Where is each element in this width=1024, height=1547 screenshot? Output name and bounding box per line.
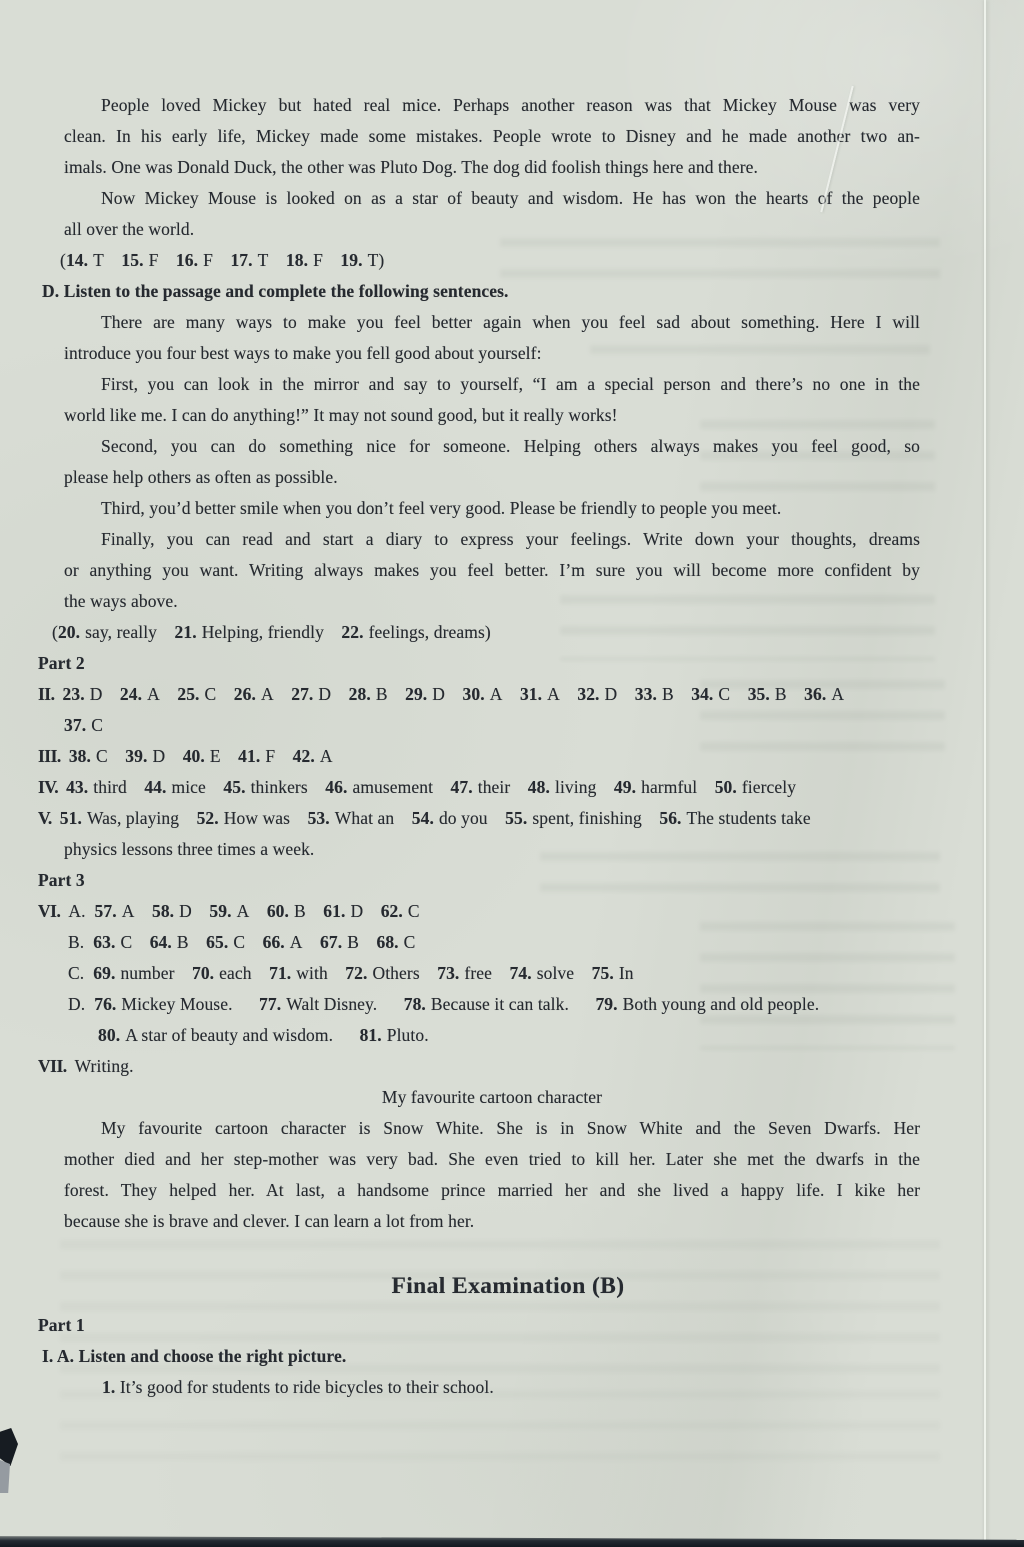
answer-number: 38.	[69, 746, 91, 766]
answer-token: 76.Mickey Mouse.	[94, 994, 232, 1014]
answer-token: 62.C	[381, 901, 420, 921]
answer-token: 15.F	[121, 250, 158, 270]
roman-numeral-ii: II.	[38, 684, 55, 704]
answer-number: 18.	[286, 250, 308, 270]
answer-token: 57.A	[95, 901, 135, 921]
answer-value: A	[490, 684, 503, 704]
answer-token: 23.D	[63, 684, 103, 704]
answer-value: harmful	[641, 777, 697, 797]
answer-value: amusement	[352, 777, 433, 797]
answer-token: 47.their	[451, 777, 511, 797]
passage-line: or anything you want. Writing always mak…	[64, 555, 920, 586]
answer-value: F	[149, 250, 159, 270]
sub-letter: D.	[68, 994, 85, 1014]
roman-numeral-iii: III.	[38, 746, 61, 766]
answer-token: 53.What an	[308, 808, 395, 828]
answer-number: 75.	[592, 963, 614, 983]
answer-token: 34.C	[691, 684, 730, 704]
answer-token: 37.C	[64, 715, 103, 735]
answer-token: 25.C	[177, 684, 216, 704]
answer-number: 15.	[121, 250, 143, 270]
answer-token: 24.A	[120, 684, 160, 704]
essay-line: because she is brave and clever. I can l…	[64, 1206, 920, 1237]
answer-token: 41.F	[238, 746, 275, 766]
answer-value: living	[555, 777, 596, 797]
answer-number: 73.	[437, 963, 459, 983]
answer-value: A	[147, 684, 160, 704]
answer-token: 59.A	[209, 901, 249, 921]
answer-number: 25.	[177, 684, 199, 704]
answer-number: 62.	[381, 901, 403, 921]
answer-value: C	[96, 746, 108, 766]
answer-number: 27.	[291, 684, 313, 704]
answer-token: 40.E	[183, 746, 221, 766]
answer-value: E	[210, 746, 221, 766]
essay-line: mother died and her step-mother was very…	[64, 1144, 920, 1175]
passage-line: First, you can look in the mirror and sa…	[64, 369, 920, 400]
answer-value: B	[376, 684, 388, 704]
page-corner-mark	[0, 1428, 18, 1466]
answer-number: 34.	[691, 684, 713, 704]
answer-value: third	[93, 777, 127, 797]
answer-value: with	[296, 963, 328, 983]
answer-token: 72.Others	[345, 963, 419, 983]
sub-letter: C.	[68, 963, 84, 983]
answer-token: 33.B	[635, 684, 674, 704]
answer-number: 33.	[635, 684, 657, 704]
answer-token: 70.each	[192, 963, 252, 983]
passage-line: please help others as often as possible.	[64, 462, 920, 493]
page-corner-mark	[0, 1460, 10, 1493]
answer-value: C	[91, 715, 103, 735]
answer-number: 23.	[63, 684, 85, 704]
answer-number: 48.	[528, 777, 550, 797]
answer-value: A	[237, 901, 250, 921]
answer-value: T	[258, 250, 269, 270]
answer-line-section-6a: VI.A.57.A 58.D 59.A 60.B 61.D 62.C	[38, 896, 920, 927]
answer-token: 32.D	[577, 684, 617, 704]
answer-value: number	[120, 963, 174, 983]
roman-numeral-vii: VII.	[38, 1056, 67, 1076]
answer-line-section-6c: C.69.number 70.each 71.with 72.Others 73…	[68, 958, 920, 989]
section-d-heading: D. Listen to the passage and complete th…	[42, 276, 920, 307]
answer-token: 66.A	[263, 932, 303, 952]
answer-token: 14.T	[66, 250, 104, 270]
answer-token: 69.number	[93, 963, 174, 983]
essay-line: forest. They helped her. At last, a hand…	[64, 1175, 920, 1206]
answer-token: 19.T	[340, 250, 378, 270]
answer-number: 46.	[325, 777, 347, 797]
paper-crease	[984, 0, 986, 1547]
answer-value: In	[619, 963, 634, 983]
section-1a-heading: I. A. Listen and choose the right pictur…	[42, 1341, 920, 1372]
part-2-label: Part 2	[38, 648, 920, 679]
paren-close: )	[378, 250, 384, 270]
answer-number: 80.	[98, 1025, 120, 1045]
answer-number: 68.	[376, 932, 398, 952]
answer-token: 67.B	[320, 932, 359, 952]
answer-value: F	[313, 250, 323, 270]
answer-value: B	[177, 932, 189, 952]
answer-value: Pluto.	[387, 1025, 429, 1045]
answer-line-section-3: III.38.C 39.D 40.E 41.F 42.A	[38, 741, 920, 772]
answer-number: 79.	[595, 994, 617, 1014]
answer-token: 31.A	[520, 684, 560, 704]
answer-number: 72.	[345, 963, 367, 983]
answer-number: 53.	[308, 808, 330, 828]
passage-line: clean. In his early life, Mickey made so…	[64, 121, 920, 152]
answer-token: 60.B	[267, 901, 306, 921]
listening-item-1: 1. It’s good for students to ride bicycl…	[102, 1372, 920, 1403]
answer-number: 76.	[94, 994, 116, 1014]
answer-number: 69.	[93, 963, 115, 983]
answer-token: 27.D	[291, 684, 331, 704]
passage-line: Finally, you can read and start a diary …	[64, 524, 920, 555]
answer-value: C	[233, 932, 245, 952]
answer-line-listening-d: (20.say, really 21.Helping, friendly 22.…	[52, 617, 920, 648]
answer-number: 22.	[341, 622, 363, 642]
answer-line-section-5: V.51.Was, playing 52.How was 53.What an …	[38, 803, 920, 834]
answer-number: 59.	[209, 901, 231, 921]
answer-number: 43.	[66, 777, 88, 797]
answer-value: D	[179, 901, 192, 921]
answer-value: do you	[439, 808, 488, 828]
answer-value: F	[265, 746, 275, 766]
answer-token: 16.F	[176, 250, 213, 270]
answer-token: 58.D	[152, 901, 192, 921]
answer-value: What an	[335, 808, 395, 828]
part-1-label: Part 1	[38, 1310, 920, 1341]
answer-value: C	[120, 932, 132, 952]
answer-number: 51.	[60, 808, 82, 828]
sub-letter: B.	[68, 932, 84, 952]
answer-number: 42.	[293, 746, 315, 766]
answer-value: free	[464, 963, 492, 983]
answer-value: Mickey Mouse.	[121, 994, 232, 1014]
answer-value: A	[320, 746, 333, 766]
answer-number: 61.	[323, 901, 345, 921]
answer-value: A	[290, 932, 303, 952]
answer-value: C	[205, 684, 217, 704]
answer-token: 20.say, really	[58, 622, 157, 642]
answer-value: C	[404, 932, 416, 952]
answer-number: 74.	[510, 963, 532, 983]
answer-number: 65.	[206, 932, 228, 952]
answer-number: 24.	[120, 684, 142, 704]
answer-value: T	[93, 250, 104, 270]
answer-value: Because it can talk.	[431, 994, 569, 1014]
answer-token: 54.do you	[412, 808, 488, 828]
answer-number: 49.	[614, 777, 636, 797]
answer-number: 14.	[66, 250, 88, 270]
passage-line: all over the world.	[64, 214, 920, 245]
answer-value: C	[408, 901, 420, 921]
answer-number: 21.	[175, 622, 197, 642]
passage-line: imals. One was Donald Duck, the other wa…	[64, 152, 920, 183]
answer-line-listening-c: (14.T 15.F 16.F 17.T 18.F 19.T)	[60, 245, 920, 276]
answer-value: D	[605, 684, 618, 704]
answer-value: A star of beauty and wisdom.	[125, 1025, 333, 1045]
answer-number: 16.	[176, 250, 198, 270]
answer-token: 30.A	[463, 684, 503, 704]
answer-value: B	[294, 901, 306, 921]
answer-token: 45.thinkers	[223, 777, 307, 797]
answer-number: 67.	[320, 932, 342, 952]
answer-number: 60.	[267, 901, 289, 921]
answer-number: 58.	[152, 901, 174, 921]
answer-number: 17.	[230, 250, 252, 270]
answer-value: thinkers	[251, 777, 308, 797]
paren-close: )	[485, 622, 491, 642]
answer-number: 66.	[263, 932, 285, 952]
answer-value: A	[122, 901, 135, 921]
answer-number: 44.	[144, 777, 166, 797]
answer-number: 78.	[404, 994, 426, 1014]
answer-token: 65.C	[206, 932, 245, 952]
item-text: It’s good for students to ride bicycles …	[120, 1377, 494, 1397]
writing-section-label: VII.Writing.	[38, 1051, 920, 1082]
answer-token: 73.free	[437, 963, 492, 983]
answer-number: 28.	[349, 684, 371, 704]
answer-value: B	[347, 932, 359, 952]
answer-value: fiercely	[742, 777, 796, 797]
answer-value: Others	[372, 963, 419, 983]
answer-token: 21.Helping, friendly	[175, 622, 324, 642]
answer-value: D	[350, 901, 363, 921]
answer-value: each	[219, 963, 251, 983]
answer-number: 29.	[405, 684, 427, 704]
answer-value: D	[432, 684, 445, 704]
answer-value: A	[261, 684, 274, 704]
answer-token: 63.C	[93, 932, 132, 952]
answer-line-section-6d: D.76.Mickey Mouse. 77.Walt Disney. 78.Be…	[68, 989, 920, 1020]
passage-line: Third, you’d better smile when you don’t…	[64, 493, 920, 524]
answer-number: 26.	[234, 684, 256, 704]
answer-value: say, really	[85, 622, 157, 642]
answer-number: 81.	[360, 1025, 382, 1045]
answer-token: 28.B	[349, 684, 388, 704]
final-exam-title: Final Examination (B)	[80, 1266, 936, 1306]
answer-token: 52.How was	[197, 808, 291, 828]
answer-number: 56.	[659, 808, 681, 828]
passage-line: People loved Mickey but hated real mice.…	[64, 90, 920, 121]
answer-token: 43.third	[66, 777, 127, 797]
answer-line-section-5-cont: physics lessons three times a week.	[64, 834, 920, 865]
passage-line: introduce you four best ways to make you…	[64, 338, 920, 369]
answer-token: 48.living	[528, 777, 597, 797]
answer-line-section-6d-cont: 80.A star of beauty and wisdom. 81.Pluto…	[98, 1020, 920, 1051]
answer-token: 17.T	[230, 250, 268, 270]
passage-line: There are many ways to make you feel bet…	[64, 307, 920, 338]
answer-value: Walt Disney.	[286, 994, 377, 1014]
answer-token: 79.Both young and old people.	[595, 994, 819, 1014]
answer-token: 29.D	[405, 684, 445, 704]
essay-line: My favourite cartoon character is Snow W…	[64, 1113, 920, 1144]
writing-label: Writing.	[75, 1056, 134, 1076]
roman-numeral-iv: IV.	[38, 777, 58, 797]
answer-number: 47.	[451, 777, 473, 797]
answer-number: 77.	[259, 994, 281, 1014]
answer-token: 42.A	[293, 746, 333, 766]
answer-number: 55.	[505, 808, 527, 828]
answer-line-section-6b: B.63.C 64.B 65.C 66.A 67.B 68.C	[68, 927, 920, 958]
answer-number: 31.	[520, 684, 542, 704]
answer-token: 55.spent, finishing	[505, 808, 642, 828]
answer-token: 26.A	[234, 684, 274, 704]
answer-number: 41.	[238, 746, 260, 766]
answer-number: 71.	[269, 963, 291, 983]
answer-number: 20.	[58, 622, 80, 642]
answer-value: C	[718, 684, 730, 704]
answer-line-section-2: II.23.D 24.A 25.C 26.A 27.D 28.B 29.D 30…	[38, 679, 920, 710]
answer-number: 54.	[412, 808, 434, 828]
answer-token: 50.fiercely	[715, 777, 796, 797]
answer-value: F	[203, 250, 213, 270]
answer-token: 51.Was, playing	[60, 808, 179, 828]
answer-token: 49.harmful	[614, 777, 697, 797]
answer-number: 45.	[223, 777, 245, 797]
scanned-answer-page: People loved Mickey but hated real mice.…	[0, 0, 1024, 1547]
passage-line: world like me. I can do anything!” It ma…	[64, 400, 920, 431]
scan-edge	[0, 1533, 1024, 1547]
answer-number: 50.	[715, 777, 737, 797]
answer-token: 68.C	[376, 932, 415, 952]
answer-token: 61.D	[323, 901, 363, 921]
roman-numeral-vi: VI.	[38, 901, 60, 921]
roman-numeral-v: V.	[38, 808, 52, 828]
passage-line: Second, you can do something nice for so…	[64, 431, 920, 462]
answer-value: Both young and old people.	[623, 994, 820, 1014]
answer-token: 75.In	[592, 963, 634, 983]
answer-token: 80.A star of beauty and wisdom.	[98, 1025, 333, 1045]
page-text-block: People loved Mickey but hated real mice.…	[64, 90, 920, 1403]
answer-value: How was	[224, 808, 290, 828]
answer-number: 52.	[197, 808, 219, 828]
answer-number: 36.	[804, 684, 826, 704]
answer-token: 56.The students take	[659, 808, 810, 828]
answer-token: 81.Pluto.	[360, 1025, 429, 1045]
answer-number: 39.	[125, 746, 147, 766]
passage-line: Now Mickey Mouse is looked on as a star …	[64, 183, 920, 214]
answer-token: 18.F	[286, 250, 323, 270]
sub-letter: A.	[68, 901, 85, 921]
answer-value: D	[318, 684, 331, 704]
answer-token: 64.B	[150, 932, 189, 952]
answer-token: 38.C	[69, 746, 108, 766]
answer-value: feelings, dreams	[369, 622, 485, 642]
answer-value: D	[90, 684, 103, 704]
passage-line: the ways above.	[64, 586, 920, 617]
answer-value: The students take	[687, 808, 811, 828]
answer-value: T	[368, 250, 379, 270]
answer-value: D	[152, 746, 165, 766]
answer-number: 40.	[183, 746, 205, 766]
answer-value: mice	[172, 777, 206, 797]
answer-token: 78.Because it can talk.	[404, 994, 569, 1014]
answer-value: B	[662, 684, 674, 704]
answer-token: 36.A	[804, 684, 844, 704]
answer-number: 63.	[93, 932, 115, 952]
answer-value: their	[478, 777, 511, 797]
answer-line-section-4: IV.43.third 44.mice 45.thinkers 46.amuse…	[38, 772, 920, 803]
answer-number: 57.	[95, 901, 117, 921]
answer-number: 70.	[192, 963, 214, 983]
answer-number: 35.	[748, 684, 770, 704]
answer-token: 35.B	[748, 684, 787, 704]
answer-token: 74.solve	[510, 963, 575, 983]
answer-number: 37.	[64, 715, 86, 735]
answer-value: Was, playing	[87, 808, 179, 828]
answer-value: Helping, friendly	[202, 622, 324, 642]
answer-number: 32.	[577, 684, 599, 704]
answer-number: 30.	[463, 684, 485, 704]
part-3-label: Part 3	[38, 865, 920, 896]
essay-title: My favourite cartoon character	[64, 1082, 920, 1113]
answer-value: spent, finishing	[532, 808, 642, 828]
answer-number: 64.	[150, 932, 172, 952]
answer-number: 19.	[340, 250, 362, 270]
answer-token: 46.amusement	[325, 777, 433, 797]
answer-value: B	[775, 684, 787, 704]
answer-token: 77.Walt Disney.	[259, 994, 377, 1014]
answer-value: A	[547, 684, 560, 704]
answer-token: 71.with	[269, 963, 328, 983]
answer-token: 39.D	[125, 746, 165, 766]
answer-value: solve	[537, 963, 574, 983]
answer-line-section-2-cont: 37.C	[64, 710, 920, 741]
item-number: 1.	[102, 1377, 115, 1397]
answer-value: A	[831, 684, 844, 704]
answer-token: 44.mice	[144, 777, 206, 797]
answer-token: 22.feelings, dreams	[341, 622, 484, 642]
